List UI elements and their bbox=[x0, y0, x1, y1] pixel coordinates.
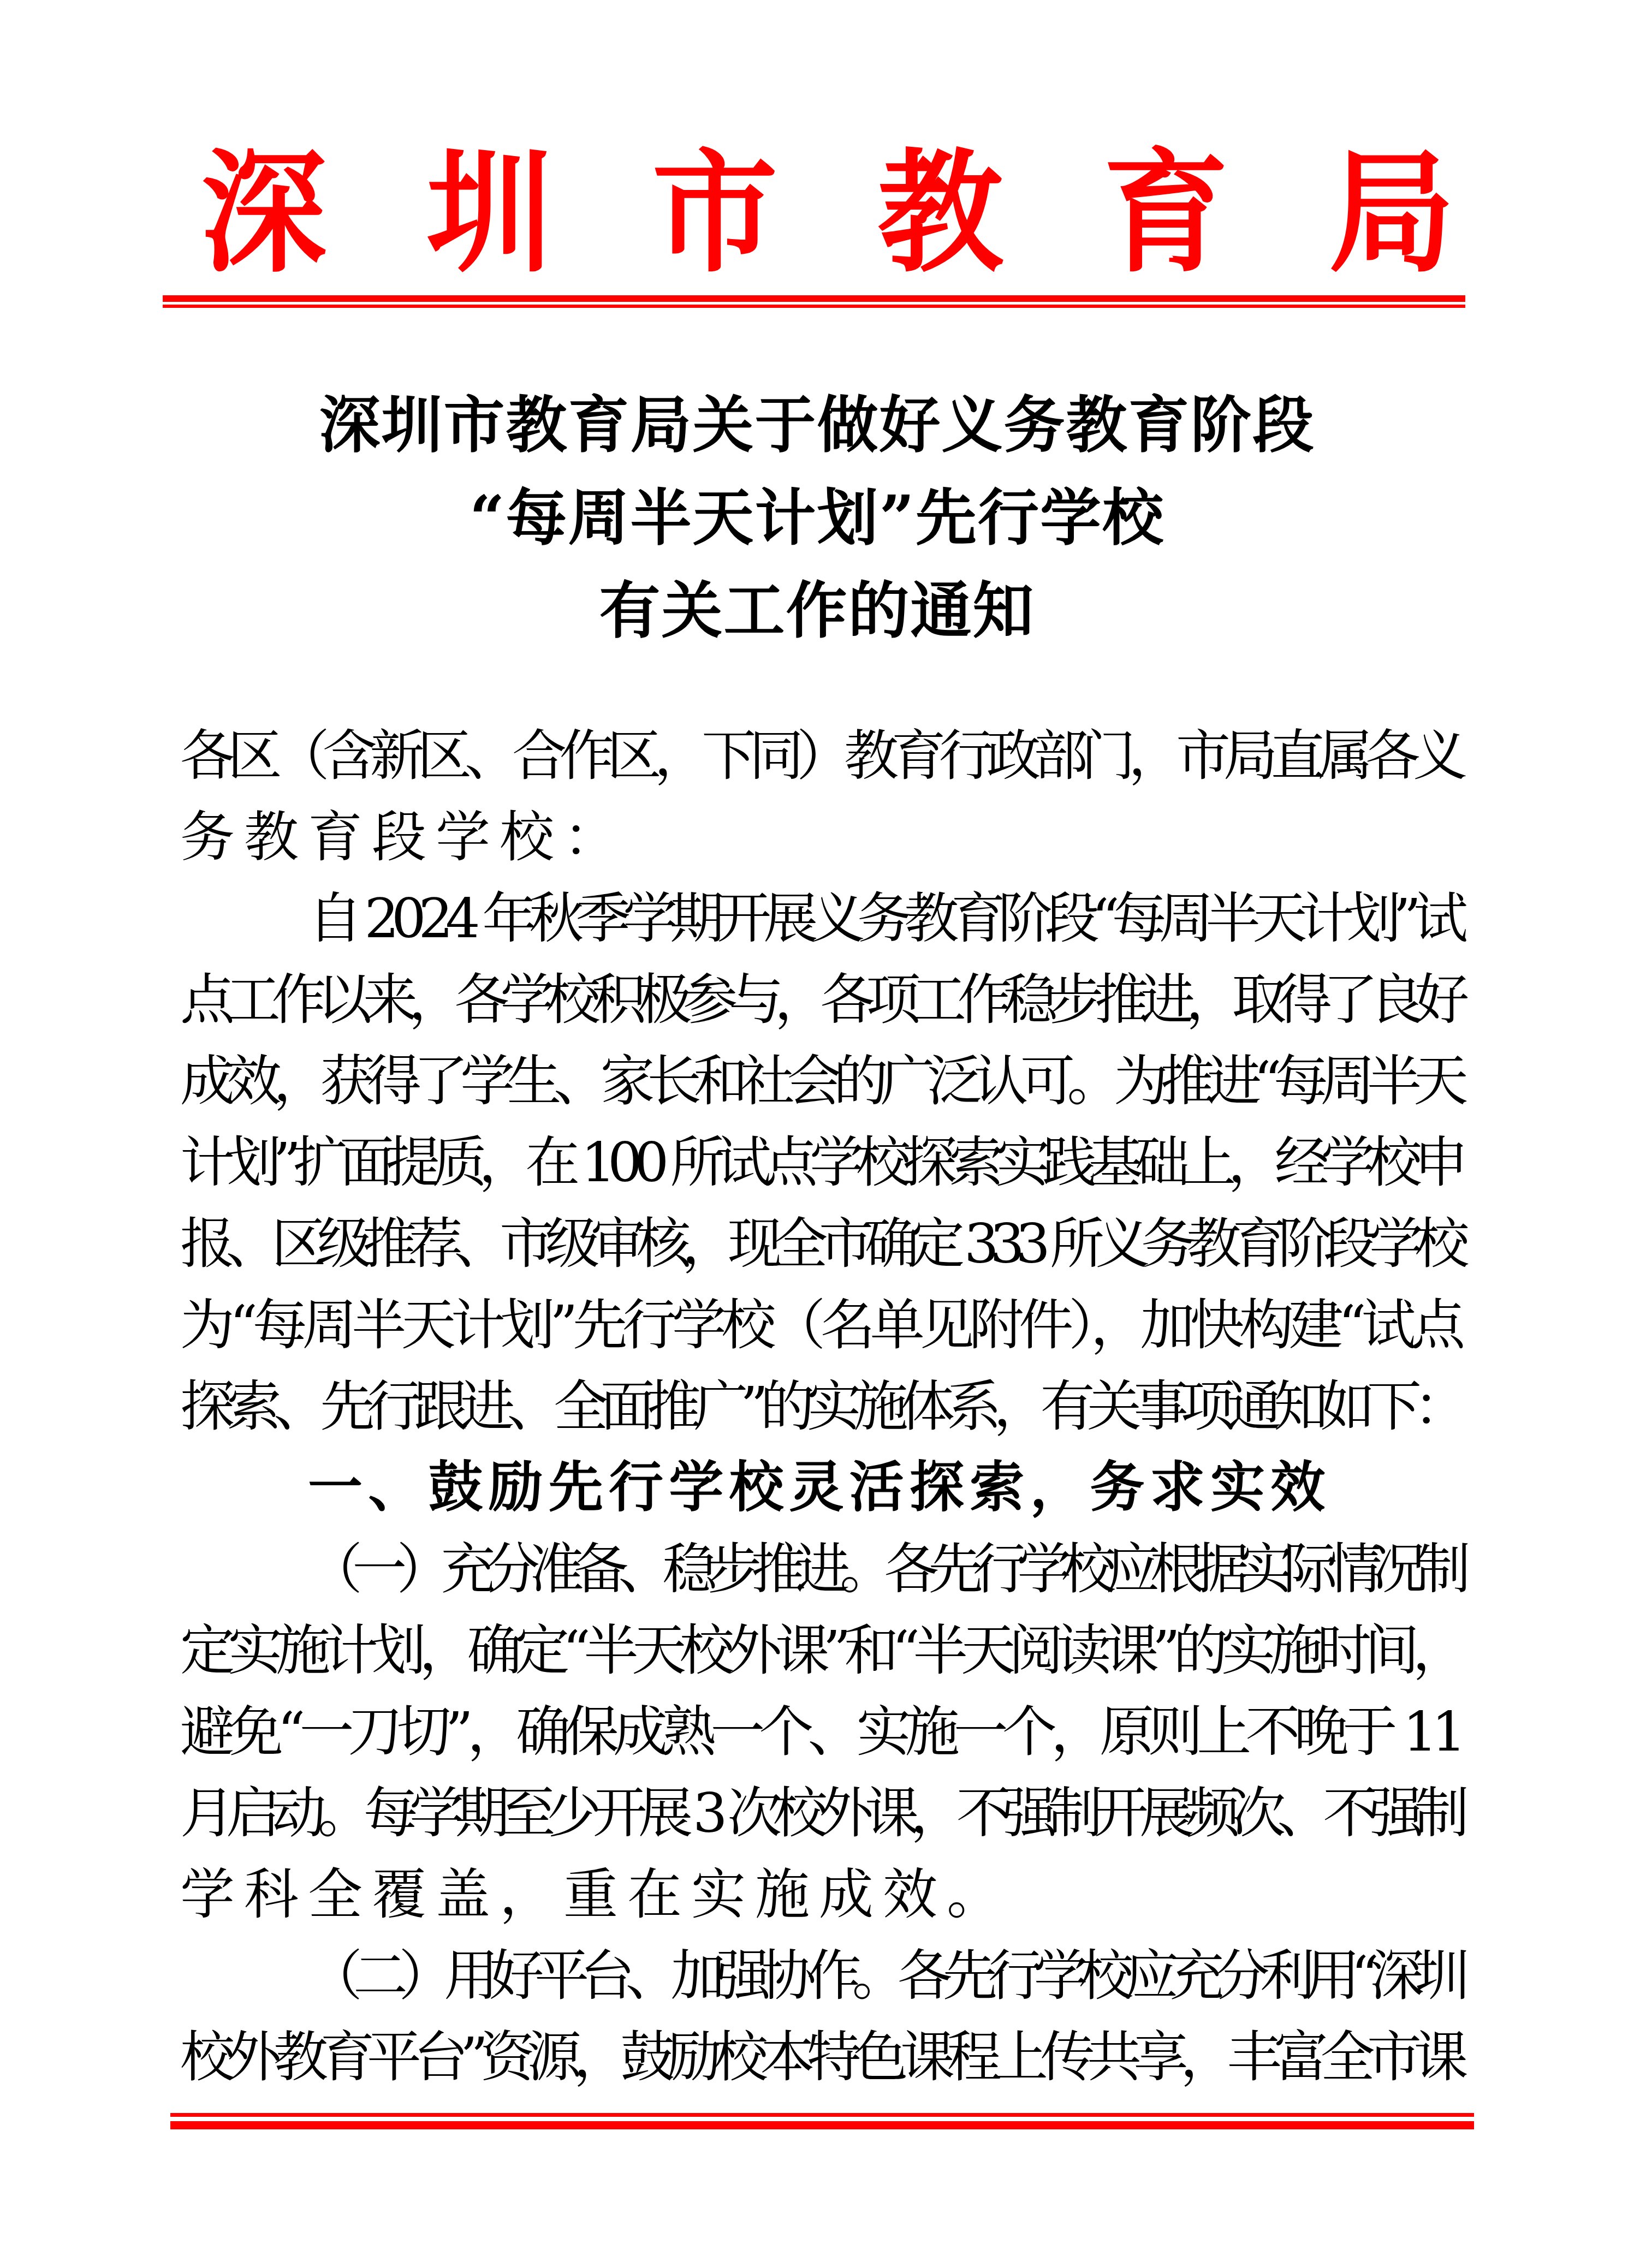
document-title: 深圳市教育局关于做好义务教育阶段 “每周半天计划”先行学校 有关工作的通知 bbox=[0, 379, 1634, 658]
body-line: 计划”扩面提质，在 100 所试点学校探索实践基础上，经学校申 bbox=[180, 1122, 1460, 1203]
masthead-char: 教 bbox=[878, 147, 1003, 279]
footer-rule-thick bbox=[170, 2121, 1474, 2129]
title-line: 有关工作的通知 bbox=[0, 565, 1634, 658]
masthead-char: 圳 bbox=[426, 147, 552, 279]
body-line: 成效，获得了学生、家长和社会的广泛认可。为推进“每周半天 bbox=[180, 1040, 1460, 1122]
masthead-rule-thick bbox=[163, 295, 1465, 302]
document-page: 深 圳 市 教 育 局 深圳市教育局关于做好义务教育阶段 “每周半天计划”先行学… bbox=[0, 0, 1634, 2268]
title-line: “每周半天计划”先行学校 bbox=[0, 472, 1634, 565]
masthead: 深 圳 市 教 育 局 bbox=[163, 136, 1465, 289]
masthead-rule-thin bbox=[163, 305, 1465, 308]
body-line: 校外教育平台”资源，鼓励校本特色课程上传共享，丰富全市课 bbox=[180, 2016, 1460, 2098]
body-line: 各区（含新区、合作区，下同）教育行政部门，市局直属各义 bbox=[180, 715, 1460, 796]
masthead-char: 局 bbox=[1329, 147, 1454, 279]
body-line: 月启动。每学期至少开展 3 次校外课，不强制开展频次、不强制 bbox=[180, 1772, 1460, 1854]
masthead-char: 市 bbox=[652, 147, 777, 279]
footer-rule-thin bbox=[170, 2113, 1474, 2117]
body-line: 报、区级推荐、市级审核，现全市确定 333 所义务教育阶段学校 bbox=[180, 1203, 1460, 1284]
body-line: 务教育段学校： bbox=[180, 796, 1460, 878]
masthead-char: 深 bbox=[201, 147, 326, 279]
body-line: 自 2024 年秋季学期开展义务教育阶段“每周半天计划”试 bbox=[180, 878, 1460, 959]
body-line: 为“每周半天计划”先行学校（名单见附件），加快构建“试点 bbox=[180, 1284, 1460, 1366]
document-body: 各区（含新区、合作区，下同）教育行政部门，市局直属各义 务教育段学校： 自 20… bbox=[180, 715, 1460, 2098]
body-line: 点工作以来，各学校积极参与，各项工作稳步推进，取得了良好 bbox=[180, 959, 1460, 1040]
section-heading: 一、鼓励先行学校灵活探索，务求实效 bbox=[180, 1447, 1460, 1528]
body-line: （二）用好平台、加强协作。各先行学校应充分利用“深圳 bbox=[180, 1935, 1460, 2016]
body-line: 避免“一刀切”，确保成熟一个、实施一个，原则上不晚于 11 bbox=[180, 1691, 1460, 1772]
masthead-char: 育 bbox=[1103, 147, 1229, 279]
body-line: （一）充分准备、稳步推进。各先行学校应根据实际情况制 bbox=[180, 1528, 1460, 1610]
body-line: 探索、先行跟进、全面推广”的实施体系，有关事项通知如下： bbox=[180, 1366, 1460, 1447]
body-line: 学科全覆盖，重在实施成效。 bbox=[180, 1854, 1460, 1935]
title-line: 深圳市教育局关于做好义务教育阶段 bbox=[0, 379, 1634, 472]
body-line: 定实施计划，确定“半天校外课”和“半天阅读课”的实施时间， bbox=[180, 1610, 1460, 1691]
